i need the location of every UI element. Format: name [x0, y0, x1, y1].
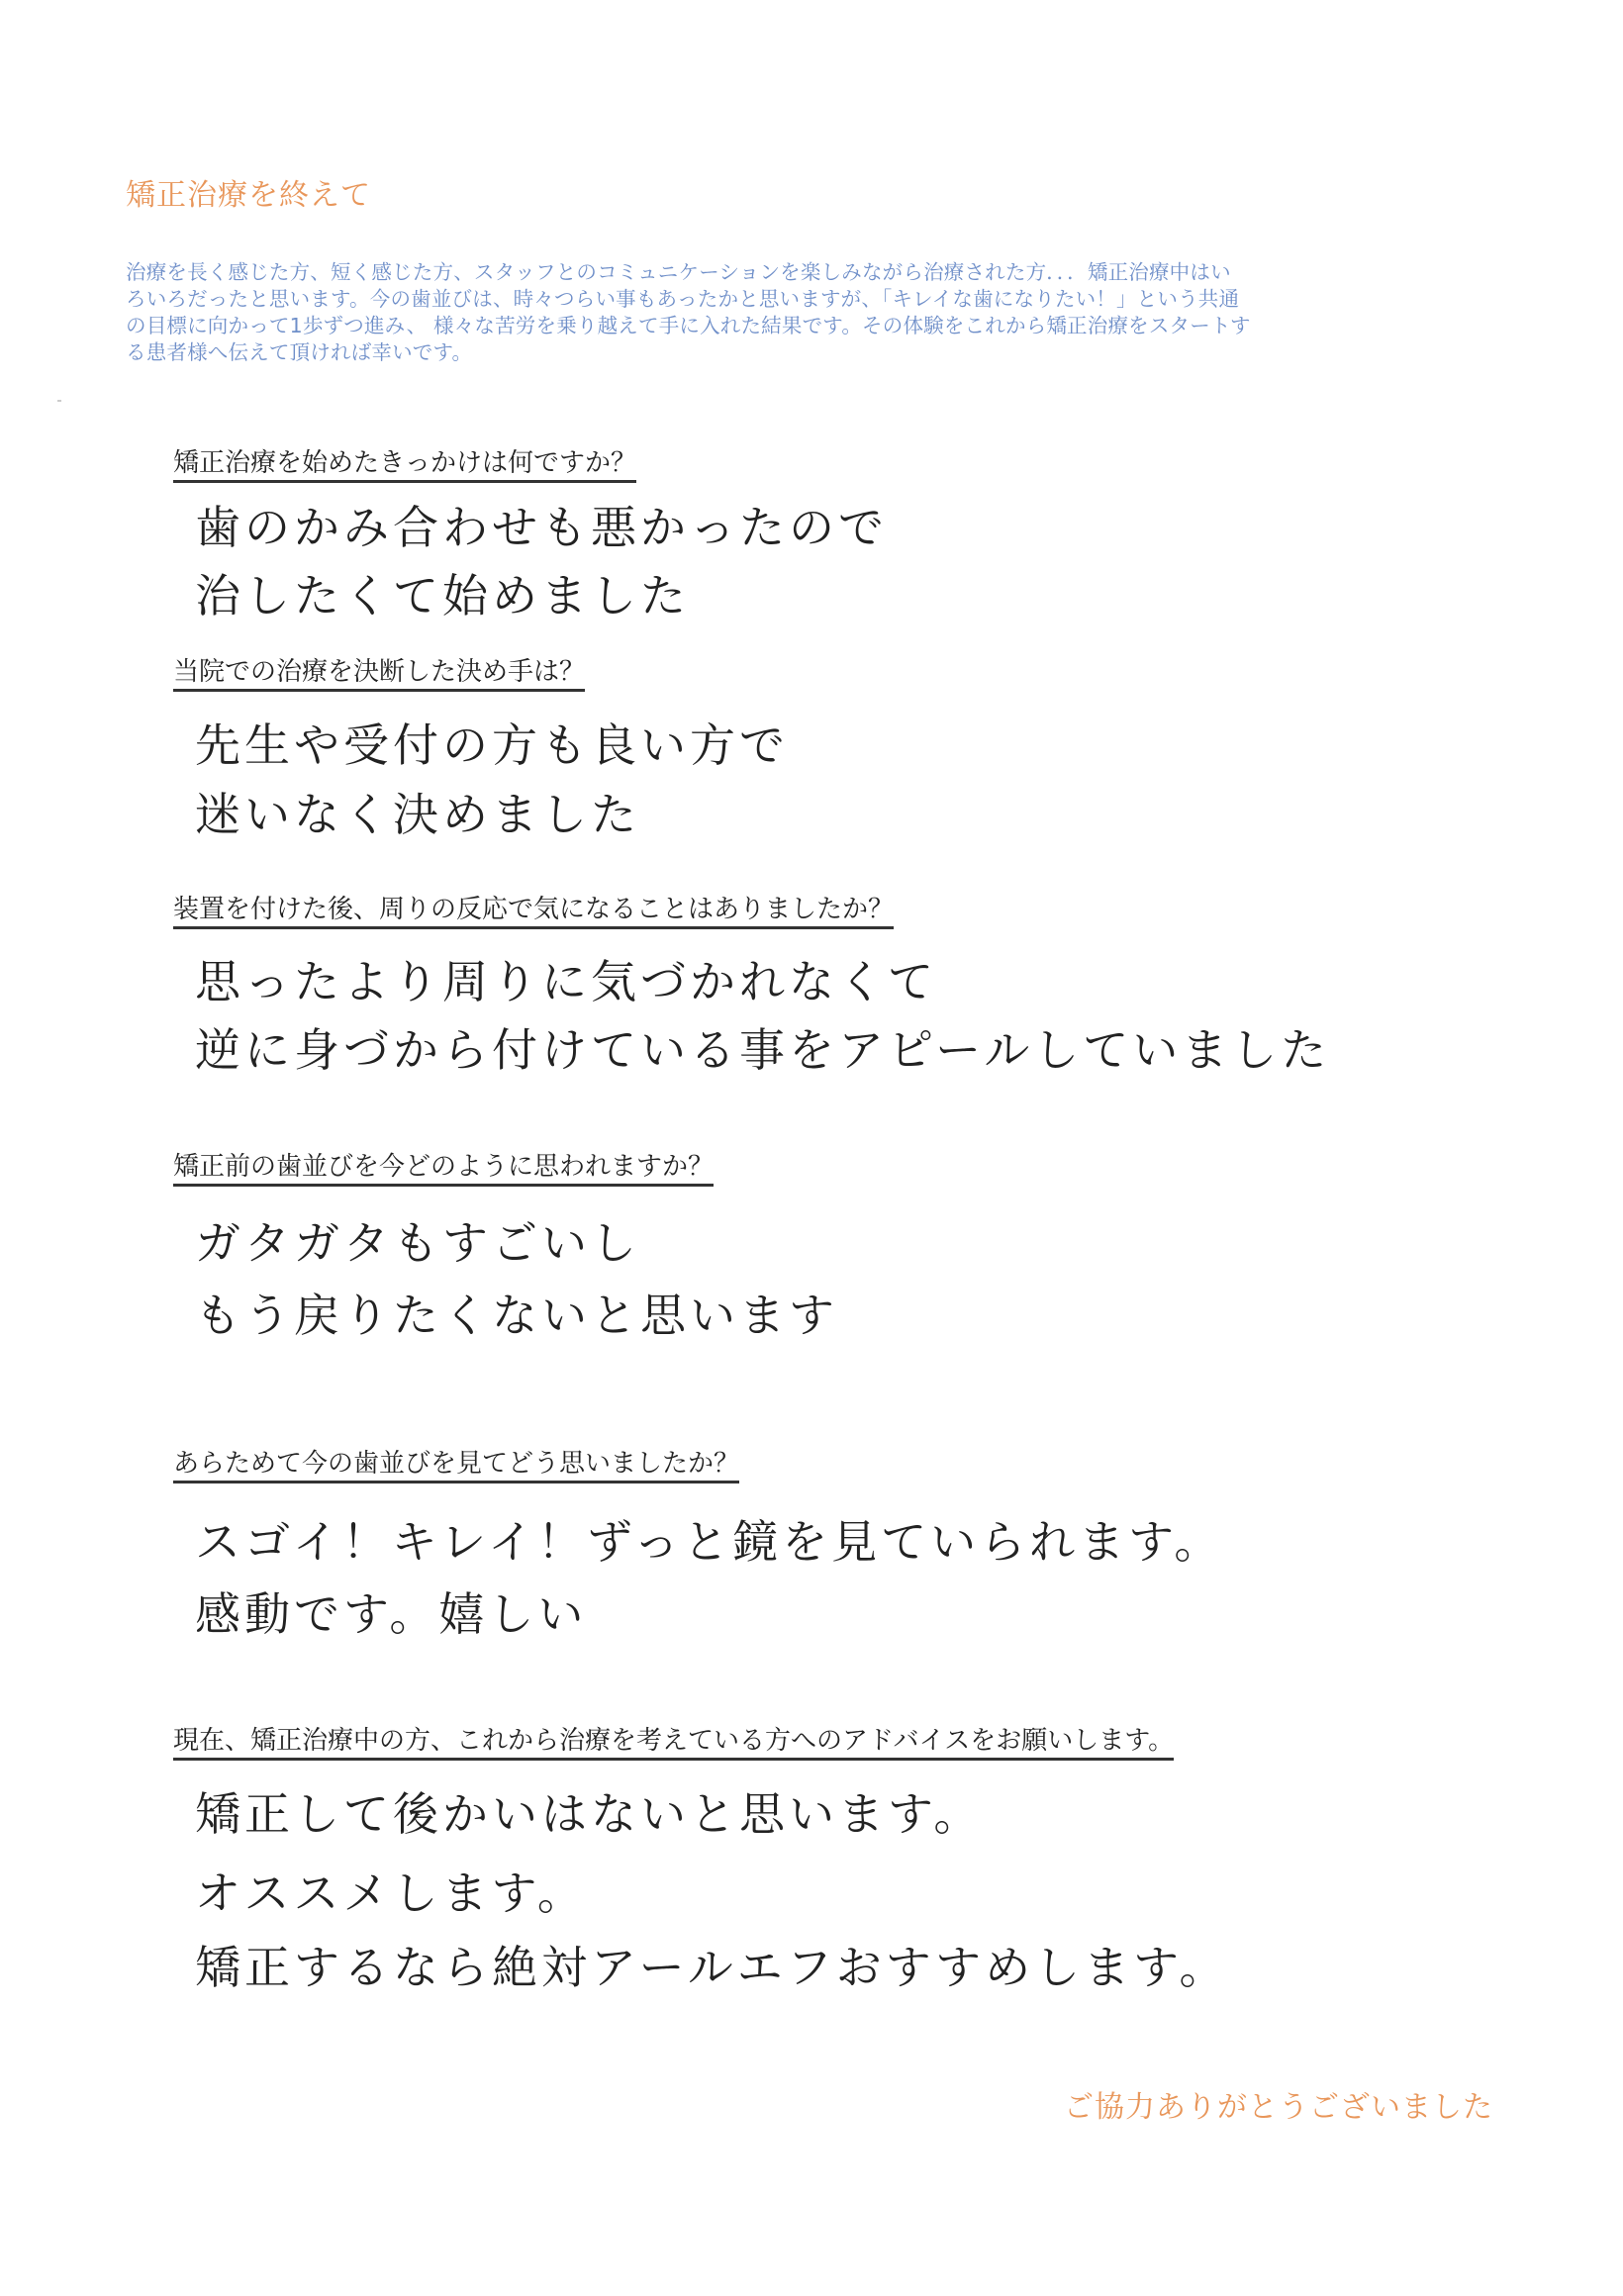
- intro-line: ろいろだったと思います。今の歯並びは、時々つらい事もあったかと思いますが、「キレ…: [126, 286, 1506, 313]
- answer-line: 矯正するなら絶対アールエフおすすめします。: [195, 1933, 1228, 2002]
- answer-line: 歯のかみ合わせも悪かったので: [195, 489, 888, 566]
- question-label: あらためて今の歯並びを見てどう思いましたか？: [173, 1448, 739, 1483]
- question-label: 矯正前の歯並びを今どのように思われますか？: [173, 1151, 714, 1187]
- answer-line: 先生や受付の方も良い方で: [195, 706, 789, 785]
- answer-line: オススメします。: [195, 1854, 1228, 1933]
- qa-block-advice: 現在、矯正治療中の方、これから治療を考えている方へのアドバイスをお願いします。 …: [173, 1725, 1228, 2002]
- answer-line: スゴイ！キレイ！ずっと鏡を見ていられます。: [195, 1499, 1223, 1584]
- answer-line: 迷いなく決めました: [195, 785, 789, 844]
- handwritten-answer: 矯正して後かいはないと思います。 オススメします。 矯正するなら絶対アールエフお…: [173, 1774, 1228, 2002]
- intro-line: る患者様へ伝えて頂ければ幸いです。: [126, 339, 1506, 366]
- answer-line: 治したくて始めました: [195, 566, 888, 625]
- handwritten-answer: 歯のかみ合わせも悪かったので 治したくて始めました: [173, 489, 888, 625]
- intro-line: 治療を長く感じた方、短く感じた方、スタッフとのコミュニケーションを楽しみながら治…: [126, 259, 1506, 286]
- handwritten-answer: 先生や受付の方も良い方で 迷いなく決めました: [173, 706, 789, 844]
- question-label: 当院での治療を決断した決め手は？: [173, 656, 585, 692]
- question-label: 矯正治療を始めたきっかけは何ですか？: [173, 447, 636, 483]
- qa-block-reason-started: 矯正治療を始めたきっかけは何ですか？ 歯のかみ合わせも悪かったので 治したくて始…: [173, 447, 888, 625]
- page-title: 矯正治療を終えて: [126, 170, 371, 214]
- answer-line: 感動です。嬉しい: [195, 1584, 1223, 1644]
- answer-line: ガタガタもすごいし: [195, 1200, 838, 1286]
- answer-line: 矯正して後かいはないと思います。: [195, 1774, 1228, 1854]
- qa-block-current-teeth: あらためて今の歯並びを見てどう思いましたか？ スゴイ！キレイ！ずっと鏡を見ていら…: [173, 1448, 1223, 1644]
- question-label: 現在、矯正治療中の方、これから治療を考えている方へのアドバイスをお願いします。: [173, 1725, 1174, 1761]
- handwritten-answer: スゴイ！キレイ！ずっと鏡を見ていられます。 感動です。嬉しい: [173, 1499, 1223, 1644]
- qa-block-previous-teeth: 矯正前の歯並びを今どのように思われますか？ ガタガタもすごいし もう戻りたくない…: [173, 1151, 838, 1345]
- answer-line: 思ったより周りに気づかれなくて: [195, 943, 1330, 1020]
- answer-line: もう戻りたくないと思います: [195, 1286, 838, 1345]
- qa-block-deciding-factor: 当院での治療を決断した決め手は？ 先生や受付の方も良い方で 迷いなく決めました: [173, 656, 789, 844]
- handwritten-answer: ガタガタもすごいし もう戻りたくないと思います: [173, 1200, 838, 1345]
- handwritten-answer: 思ったより周りに気づかれなくて 逆に身づから付けている事をアピールしていました: [173, 943, 1330, 1080]
- intro-line: の目標に向かって1歩ずつ進み、 様々な苦労を乗り越えて手に入れた結果です。その体…: [126, 313, 1506, 339]
- closing-thanks: ご協力ありがとうございました: [1064, 2082, 1493, 2126]
- intro-paragraph: 治療を長く感じた方、短く感じた方、スタッフとのコミュニケーションを楽しみながら治…: [126, 259, 1506, 366]
- question-label: 装置を付けた後、周りの反応で気になることはありましたか？: [173, 894, 894, 929]
- qa-block-reactions: 装置を付けた後、周りの反応で気になることはありましたか？ 思ったより周りに気づか…: [173, 894, 1330, 1080]
- answer-line: 逆に身づから付けている事をアピールしていました: [195, 1020, 1330, 1080]
- scan-edge-mark: [57, 400, 61, 402]
